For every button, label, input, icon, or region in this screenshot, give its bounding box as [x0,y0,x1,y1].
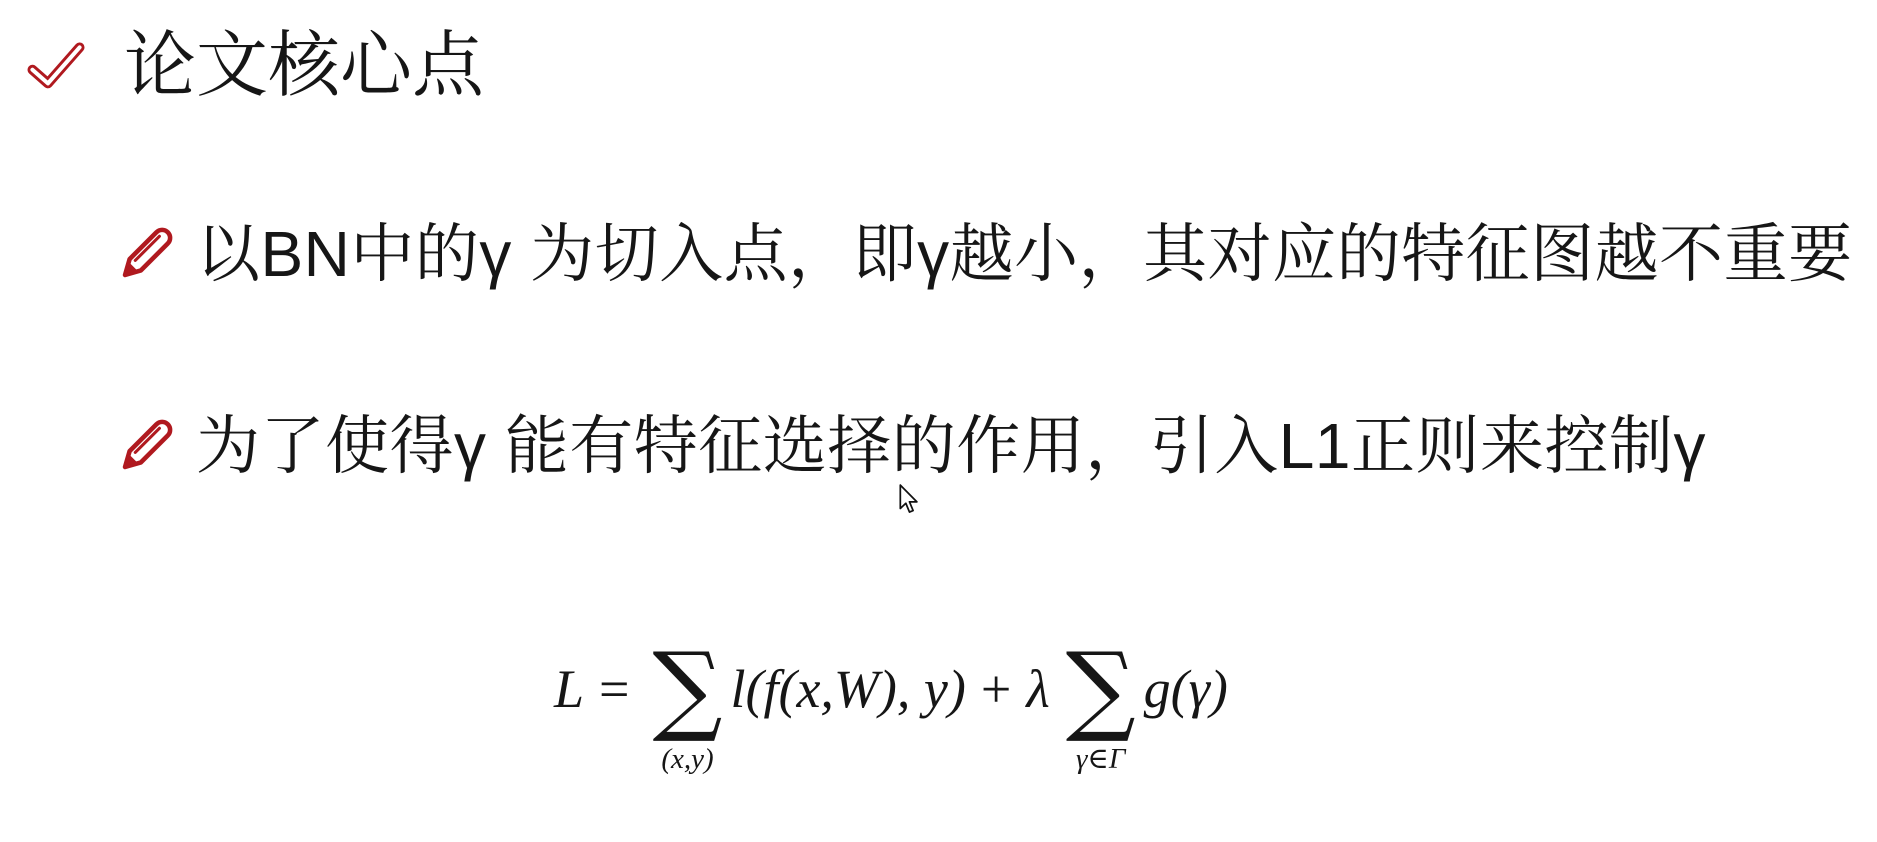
bullet-row-1: 以BN中的γ 为切入点，即γ越小，其对应的特征图越不重要 [108,212,1853,296]
mouse-cursor-icon [898,484,920,514]
formula-lhs: L [554,646,584,732]
formula-sum-1: ∑ (x,y) [653,646,723,774]
pencil-icon [108,406,184,486]
sigma-symbol: ∑ [1066,646,1136,732]
formula-term-1: l(f(x,W), y) [730,646,965,732]
loss-formula: L = ∑ (x,y) l(f(x,W), y) + λ ∑ γ∈Γ g(γ) [554,646,1228,774]
formula-equals: = [599,646,629,732]
formula-sum-2: ∑ γ∈Γ [1066,646,1136,774]
note-page: 论文核心点 以BN中的γ 为切入点，即γ越小，其对应的特征图越不重要 [0,0,1877,842]
formula-plus: + [981,646,1011,732]
page-title: 论文核心点 [124,26,484,106]
check-icon [25,38,87,94]
formula-term-2: g(γ) [1144,646,1228,732]
bullet-row-2: 为了使得γ 能有特征选择的作用，引入L1正则来控制γ [108,404,1706,488]
sigma-subscript: γ∈Γ [1076,744,1125,774]
sigma-symbol: ∑ [653,646,723,732]
sigma-subscript: (x,y) [661,744,713,774]
title-row: 论文核心点 [25,26,484,106]
bullet-text: 以BN中的γ 为切入点，即γ越小，其对应的特征图越不重要 [196,212,1853,296]
pencil-icon [108,214,184,294]
bullet-text: 为了使得γ 能有特征选择的作用，引入L1正则来控制γ [196,404,1706,488]
formula-lambda: λ [1026,646,1049,732]
